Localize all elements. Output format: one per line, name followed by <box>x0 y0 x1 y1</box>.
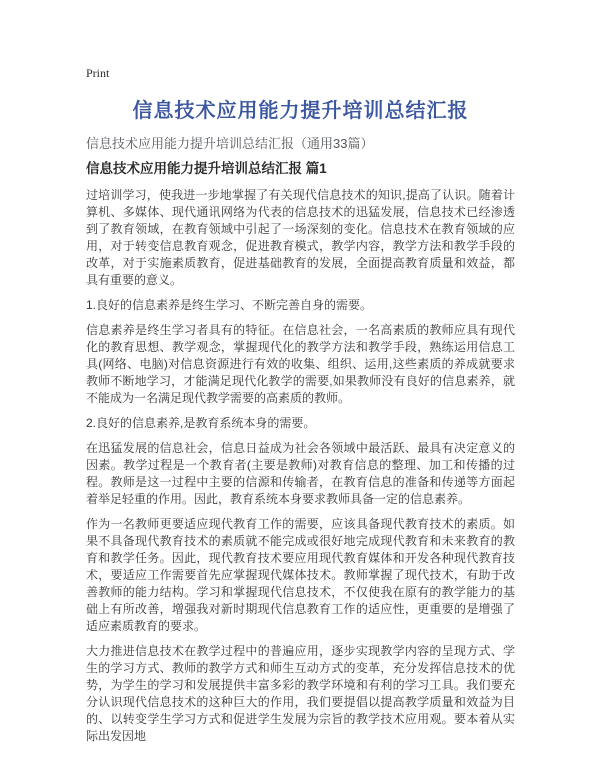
page-title: 信息技术应用能力提升培训总结汇报 <box>86 98 515 124</box>
section-heading: 信息技术应用能力提升培训总结汇报 篇1 <box>86 160 515 177</box>
document-page: Print 信息技术应用能力提升培训总结汇报 信息技术应用能力提升培训总结汇报（… <box>0 0 600 776</box>
list-item-heading: 1.良好的信息素养是终生学习、不断完善自身的需要。 <box>86 297 515 314</box>
paragraph: 大力推进信息技术在教学过程中的普遍应用，逐步实现教学内容的呈现方式、学生的学习方… <box>86 643 515 745</box>
paragraph: 信息素养是终生学习者具有的特征。在信息社会，一名高素质的教师应具有现代化的教育思… <box>86 322 515 407</box>
paragraph: 作为一名教师更要适应现代教育工作的需要，应该具备现代教育技术的素质。如果不具备现… <box>86 516 515 635</box>
paragraph: 过培训学习，使我进一步地掌握了有关现代信息技术的知识,提高了认识。随着计算机、多… <box>86 187 515 289</box>
print-link[interactable]: Print <box>86 66 109 80</box>
article-body: 过培训学习，使我进一步地掌握了有关现代信息技术的知识,提高了认识。随着计算机、多… <box>86 187 515 745</box>
list-item-heading: 2.良好的信息素养,是教育系统本身的需要。 <box>86 415 515 432</box>
paragraph: 在迅猛发展的信息社会，信息日益成为社会各领域中最活跃、最具有决定意义的因素。教学… <box>86 440 515 508</box>
page-subtitle: 信息技术应用能力提升培训总结汇报（通用33篇） <box>86 135 515 152</box>
